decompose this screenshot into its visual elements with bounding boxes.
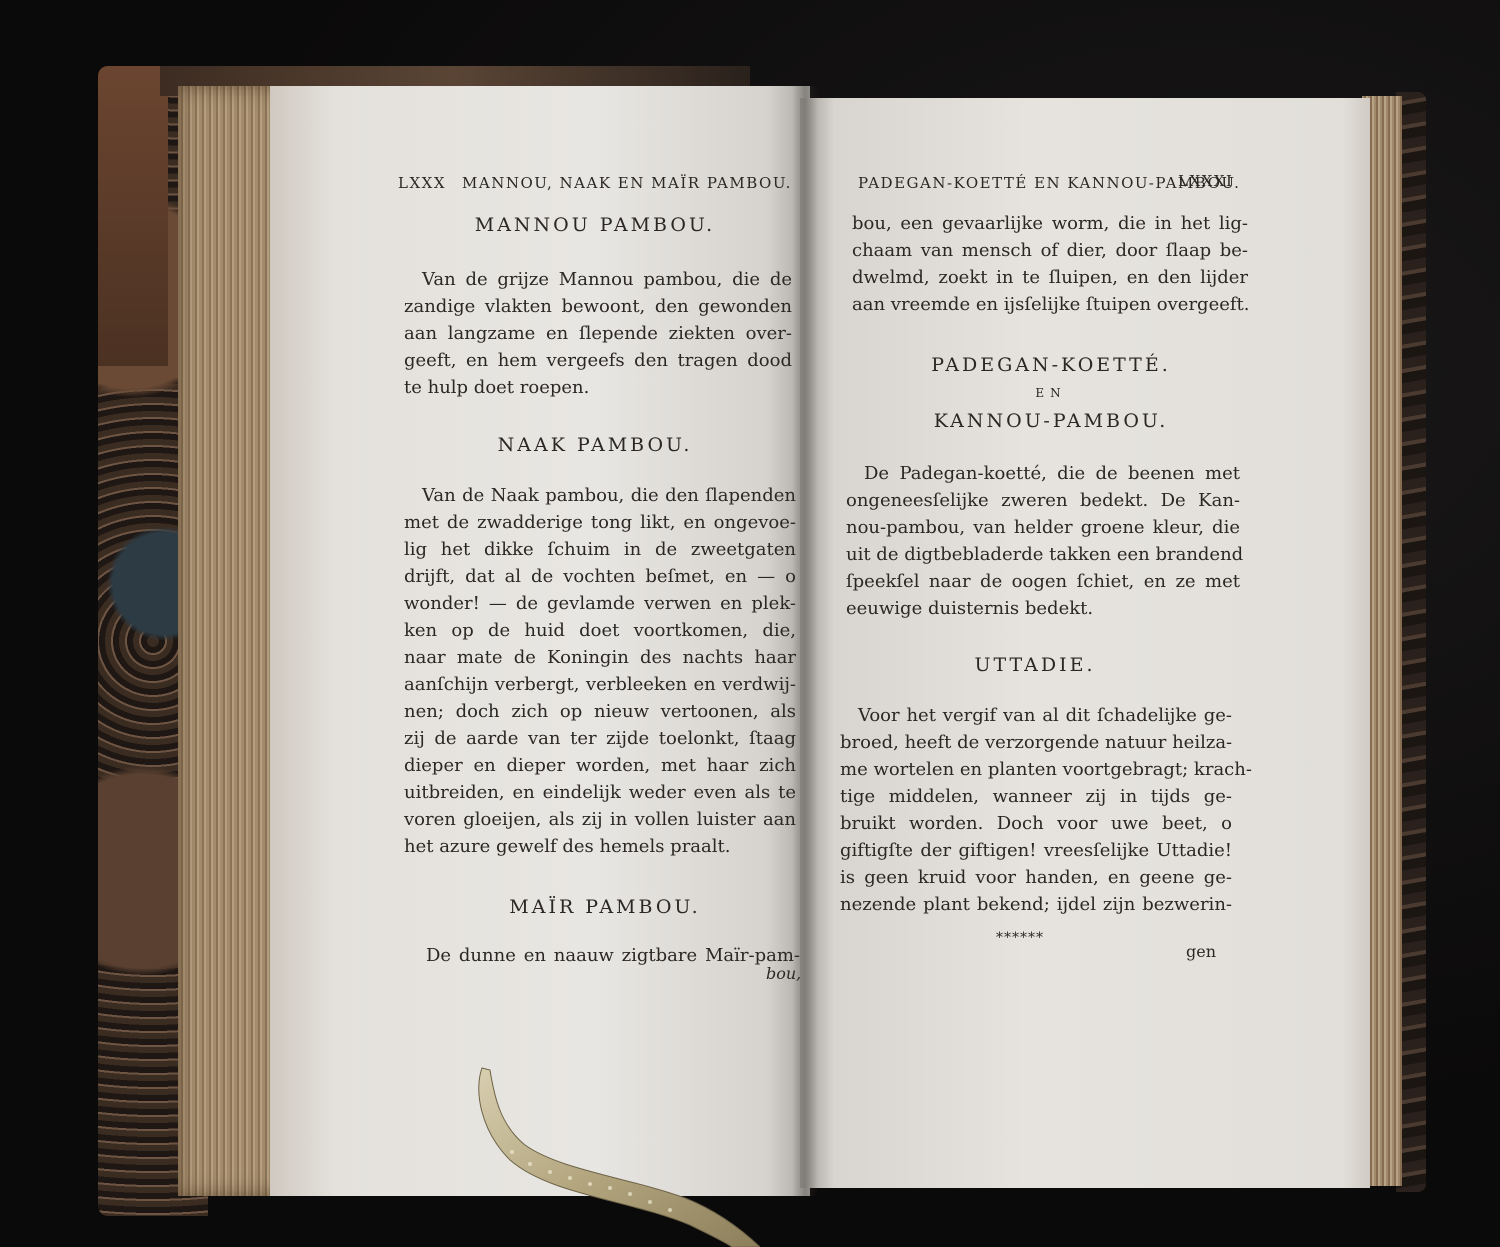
text-line: te hulp doet roepen. (404, 374, 792, 401)
text-line: ongeneesſelijke zweren bedekt. De Kan- (846, 487, 1240, 514)
text-line: drijft, dat al de vochten beſmet, en — o (404, 563, 796, 590)
text-line: tige middelen, wanneer zij in tijds ge- (840, 783, 1232, 810)
heading-mannou-pambou: MANNOU PAMBOU. (400, 214, 790, 236)
text-line: dieper en dieper worden, met haar zich (404, 752, 796, 779)
text-line: giftigſte der giftigen! vreesſelijke Utt… (840, 837, 1232, 864)
text-line: nou-pambou, van helder groene kleur, die (846, 514, 1240, 541)
text-line: Van de Naak pambou, die den ſlapenden (404, 482, 796, 509)
paragraph-uttadie: Voor het vergif van al dit ſchadelijke g… (840, 702, 1232, 918)
gutter-shadow (792, 86, 818, 1196)
heading-mair-pambou: MAÏR PAMBOU. (410, 896, 800, 918)
text-line: nen; doch zich op nieuw vertoonen, als (404, 698, 796, 725)
continuation-paragraph: bou, een gevaarlijke worm, die in het li… (852, 210, 1248, 318)
paragraph-padegan-kannou: De Padegan-koetté, die de beenen met ong… (846, 460, 1240, 622)
catchword-right: gen (1186, 942, 1216, 961)
text-line: Voor het vergif van al dit ſchadelijke g… (840, 702, 1232, 729)
text-line: nezende plant bekend; ijdel zijn bezweri… (840, 891, 1232, 918)
text-line: het azure gewelf des hemels praalt. (404, 833, 796, 860)
text-line: Van de grijze Mannou pambou, die de (404, 266, 792, 293)
left-running-head: MANNOU, NAAK EN MAÏR PAMBOU. (462, 174, 792, 192)
paragraph-mair-pambou: De dunne en naauw zigtbare Maïr-pam- (408, 942, 800, 969)
text-line: voren gloeijen, als zij in vollen luiste… (404, 806, 796, 833)
text-line: uitbreiden, en eindelijk weder even als … (404, 779, 796, 806)
heading-en: EN (856, 386, 1246, 400)
text-line: eeuwige duisternis bedekt. (846, 595, 1240, 622)
text-line: is geen kruid voor handen, en geene ge- (840, 864, 1232, 891)
text-line: broed, heeft de verzorgende natuur heilz… (840, 729, 1232, 756)
text-line: me wortelen en planten voortgebragt; kra… (840, 756, 1232, 783)
text-line: chaam van mensch of dier, door ſlaap be- (852, 237, 1248, 264)
leather-corner (98, 66, 168, 366)
heading-naak-pambou: NAAK PAMBOU. (400, 434, 790, 456)
heading-uttadie: UTTADIE. (840, 654, 1230, 676)
heading-kannou-pambou: KANNOU-PAMBOU. (856, 410, 1246, 432)
right-page-number: LXXXI (1178, 172, 1233, 190)
text-line: De Padegan-koetté, die de beenen met (846, 460, 1240, 487)
signature-mark: ****** (996, 930, 1044, 946)
text-line: dwelmd, zoekt in te ſluipen, en den lijd… (852, 264, 1248, 291)
text-line: zandige vlakten bewoont, den gewonden (404, 293, 792, 320)
text-line: De dunne en naauw zigtbare Maïr-pam- (408, 942, 800, 969)
text-line: geeft, en hem vergeefs den tragen dood (404, 347, 792, 374)
text-line: ſpeekſel naar de oogen ſchiet, en ze met (846, 568, 1240, 595)
text-line: aanſchijn verbergt, verbleeken en verdwi… (404, 671, 796, 698)
text-line: lig het dikke ſchuim in de zweetgaten (404, 536, 796, 563)
text-line: wonder! — de gevlamde verwen en plek- (404, 590, 796, 617)
text-line: met de zwadderige tong likt, en ongevoe- (404, 509, 796, 536)
paragraph-naak-pambou: Van de Naak pambou, die den ſlapenden me… (404, 482, 796, 860)
text-line: uit de digtbebladerde takken een branden… (846, 541, 1240, 568)
snake-bookmark-icon (470, 1060, 760, 1247)
text-line: bruikt worden. Doch voor uwe beet, o (840, 810, 1232, 837)
paragraph-mannou-pambou: Van de grijze Mannou pambou, die de zand… (404, 266, 792, 401)
text-line: ken op de huid doet voortkomen, die, (404, 617, 796, 644)
text-line: zij de aarde van ter zijde toelonkt, ſta… (404, 725, 796, 752)
text-line: aan vreemde en ijsſelijke ſtuipen overge… (852, 291, 1248, 318)
text-line: bou, een gevaarlijke worm, die in het li… (852, 210, 1248, 237)
text-line: naar mate de Koningin des nachts haar (404, 644, 796, 671)
left-page-number: LXXX (398, 174, 446, 192)
heading-padegan-koette: PADEGAN-KOETTÉ. (856, 354, 1246, 376)
text-line: aan langzame en ſlepende ziekten over- (404, 320, 792, 347)
